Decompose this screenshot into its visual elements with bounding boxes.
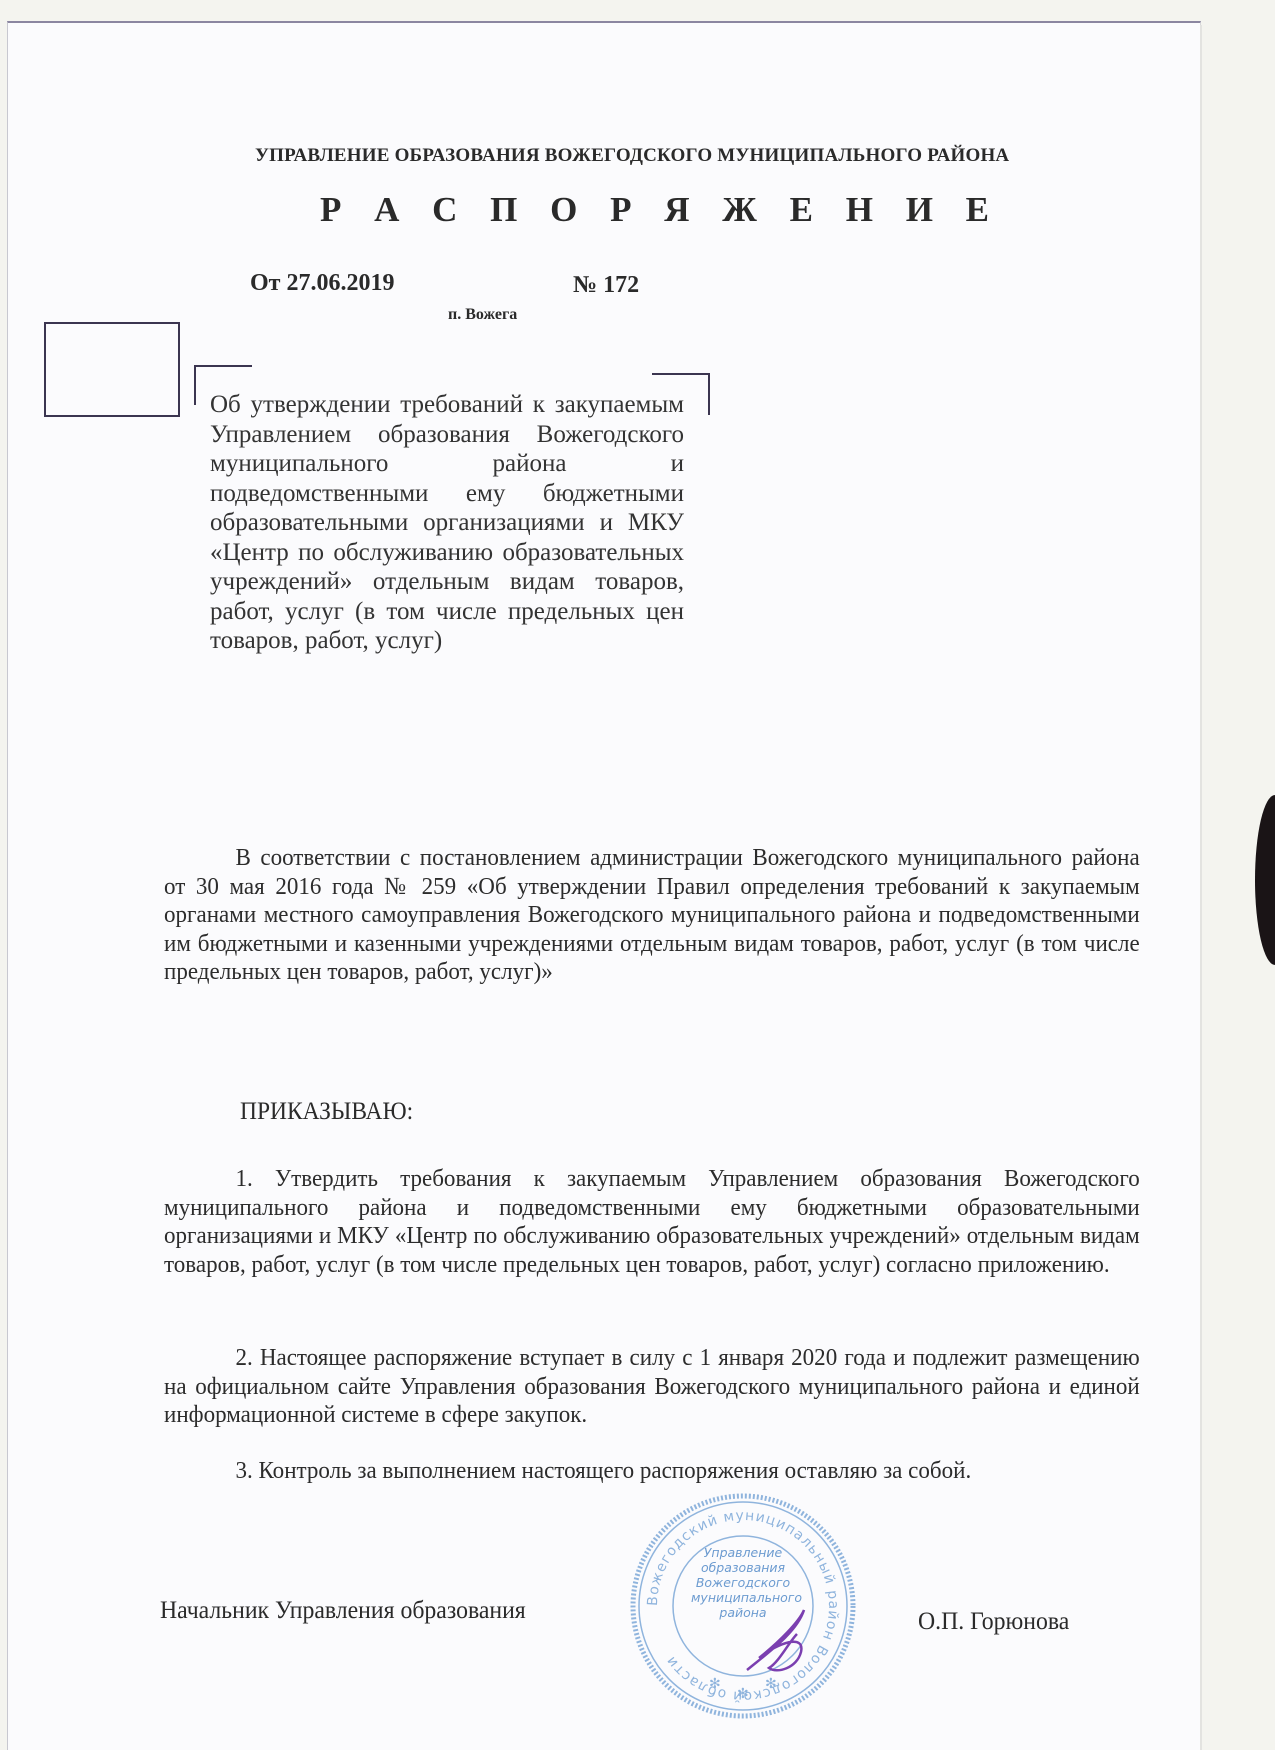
document-number: № 172	[573, 272, 639, 299]
document-subject: Об утверждении требований к закупаемым У…	[210, 390, 684, 656]
stamp-line: Вожегодского	[691, 1575, 795, 1590]
stamp-inner-text: Управление образования Вожегодского муни…	[691, 1545, 795, 1620]
order-item-3: 3. Контроль за выполнением настоящего ра…	[164, 1457, 1140, 1486]
stamp-line: района	[691, 1605, 795, 1620]
order-item-2: 2. Настоящее распоряжение вступает в сил…	[164, 1344, 1140, 1430]
document-place: п. Вожега	[448, 306, 517, 324]
order-word: ПРИКАЗЫВАЮ:	[240, 1098, 413, 1126]
stamp-line: муниципального	[691, 1590, 795, 1605]
svg-text:✻: ✻	[737, 1687, 749, 1702]
stamp-line: Управление	[691, 1545, 795, 1560]
page-edge	[1200, 25, 1202, 1750]
scan-artifact	[1255, 795, 1275, 965]
organization-header: УПРАВЛЕНИЕ ОБРАЗОВАНИЯ ВОЖЕГОДСКОГО МУНИ…	[255, 145, 1085, 167]
svg-text:✻: ✻	[765, 1677, 777, 1692]
official-stamp: Вожегодский муниципальный район Вологодс…	[629, 1492, 857, 1720]
document-date: От 27.06.2019	[250, 270, 394, 297]
preamble-paragraph: В соответствии с постановлением админист…	[164, 844, 1140, 987]
registration-box	[44, 322, 180, 417]
document-title: Р А С П О Р Я Ж Е Н И Е	[320, 190, 1001, 230]
svg-text:✻: ✻	[709, 1677, 721, 1692]
order-item-1: 1. Утвердить требования к закупаемым Упр…	[164, 1165, 1140, 1279]
stamp-line: образования	[691, 1560, 795, 1575]
signatory-name: О.П. Горюнова	[918, 1608, 1069, 1636]
signatory-position: Начальник Управления образования	[160, 1597, 526, 1625]
